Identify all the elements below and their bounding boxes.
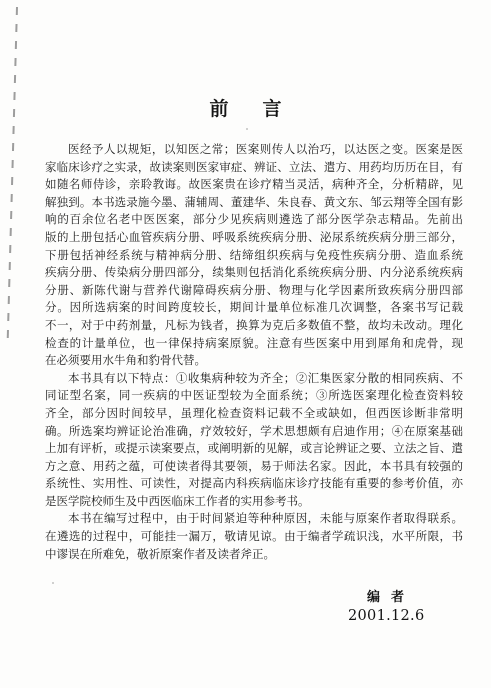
text-line: 家临床诊疗之实录，故读案则医家审症、辨证、立法、遣方、用药均历历在目，有 <box>45 160 463 178</box>
text-line: 解独到。本书选录施今墨、蒲辅周、董建华、朱良春、黄文东、邹云翔等全国有影 <box>45 195 463 213</box>
text-line: 系统性、实用性、可读性，对提高内科疾病临床诊疗技能有重要的参考价值，亦 <box>45 476 463 494</box>
preface-body: 医经予人以规矩，以知医之常；医案则传人以治巧，以达医之变。医案是医家临床诊疗之实… <box>45 142 463 564</box>
page-title: 前 言 <box>0 100 491 121</box>
text-line: 疾病分册、传染病分册四部分，续集则包括消化系统疾病分册、内分泌系统疾病 <box>45 265 463 283</box>
editor-signature: 编 者 <box>367 586 404 605</box>
scan-speck <box>246 128 248 130</box>
text-line: 不一，对于中药剂量，凡标为钱者，换算为克后多数值不整，故均未改动。理化 <box>45 318 463 336</box>
page-title-char-2: 言 <box>263 100 282 121</box>
text-line: 在遴选的过程中，可能挂一漏万，敬请见谅。由于编者学疏识浅，水平所限，书 <box>45 529 463 547</box>
text-line: 检查的计量单位，也一律保持病案原貌。注意有些医案中用到犀角和虎骨，现 <box>45 336 463 354</box>
text-line: 是医学院校师生及中西医临床工作者的实用参考书。 <box>45 494 463 512</box>
text-line: 如随名师侍诊，亲聆教诲。故医案贵在诊疗精当灵活，病种齐全，分析精辟，见 <box>45 177 463 195</box>
scan-speck <box>52 582 54 584</box>
text-line: 中谬误在所难免，敬祈原案作者及读者斧正。 <box>45 547 463 565</box>
text-line: 医经予人以规矩，以知医之常；医案则传人以治巧，以达医之变。医案是医 <box>45 142 463 160</box>
text-line: 下册包括神经系统与精神病分册、结缔组织疾病与免疫性疾病分册、造血系统 <box>45 248 463 266</box>
text-line: 本书具有以下特点：①收集病种较为齐全；②汇集医家分散的相同疾病、不 <box>45 371 463 389</box>
text-line: 在必须要用水牛角和豹骨代替。 <box>45 353 463 371</box>
text-line: 分。因所选病案的时间跨度较长，期间计量单位标准几次调整，各案书写记载 <box>45 300 463 318</box>
text-line: 齐全，部分因时间较早，虽理化检查资料记载不全或缺如，但西医诊断非常明 <box>45 406 463 424</box>
text-line: 分册、新陈代谢与营养代谢障碍疾病分册、物理与化学因素所致疾病分册四部 <box>45 283 463 301</box>
editor-signature-char-2: 者 <box>391 586 404 605</box>
page-edge-dashed-line <box>7 7 18 347</box>
text-line: 方之意、用药之蕴，可使读者得其要领，易于师法名家。因此，本书具有较强的 <box>45 459 463 477</box>
page-title-char-1: 前 <box>209 100 228 121</box>
text-line: 同证型名案，同一疾病的中医证型较为全面系统；③所选医案理化检查资料较 <box>45 388 463 406</box>
editor-signature-char-1: 编 <box>367 586 380 605</box>
text-line: 确。所选案均辨证论治准确，疗效较好，学术思想颇有启迪作用；④在原案基础 <box>45 424 463 442</box>
text-line: 响的百余位名老中医医案，部分少见疾病则遴选了部分医学杂志精品。先前出 <box>45 212 463 230</box>
text-line: 版的上册包括心血管疾病分册、呼吸系统疾病分册、泌尿系统疾病分册三部分， <box>45 230 463 248</box>
preface-date: 2001.12.6 <box>348 608 418 624</box>
text-line: 本书在编写过程中，由于时间紧迫等种种原因，未能与原案作者取得联系。 <box>45 511 463 529</box>
scanned-preface-page: 前 言 医经予人以规矩，以知医之常；医案则传人以治巧，以达医之变。医案是医家临床… <box>0 0 491 688</box>
text-line: 上加有评析，或提示读案要点，或阐明新的见解，或言论辨证之要、立法之旨、遣 <box>45 441 463 459</box>
